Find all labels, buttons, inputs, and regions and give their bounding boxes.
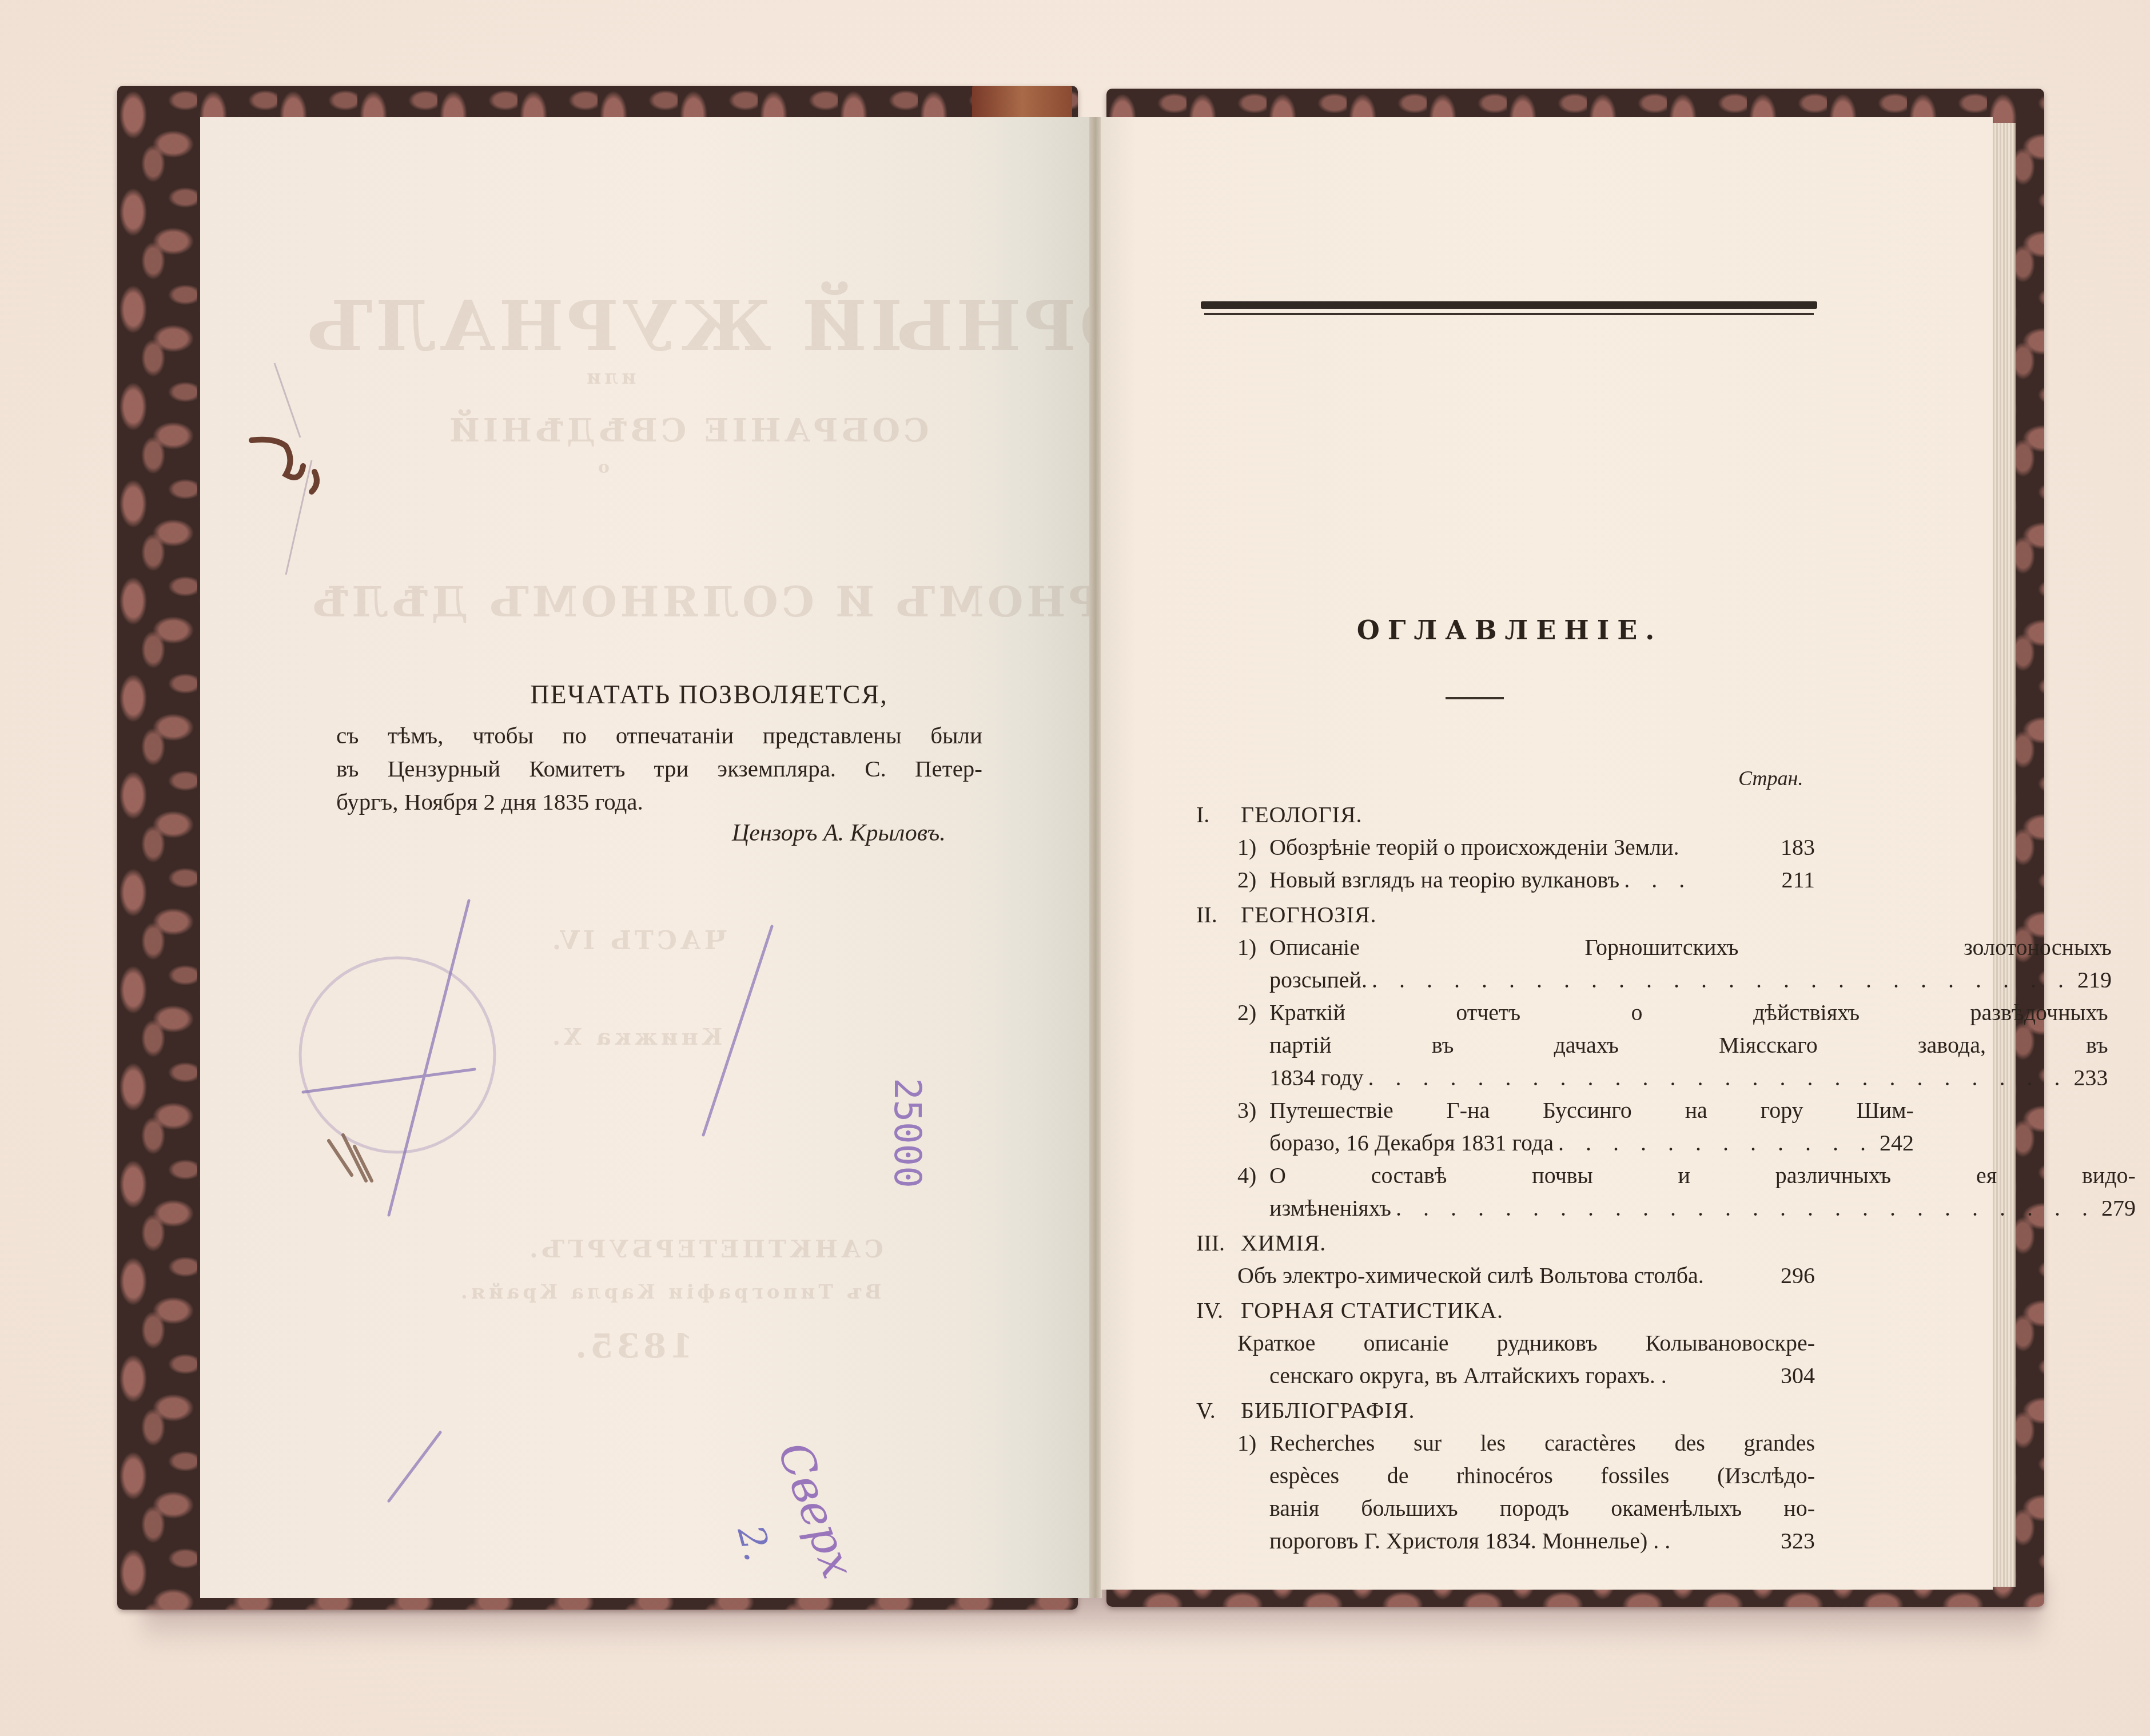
entry-text: 1834 году bbox=[1269, 1061, 1364, 1094]
entry-page: 219 bbox=[2076, 963, 2112, 996]
entry-page: 211 bbox=[1779, 863, 1815, 896]
entry-number: 2) bbox=[1237, 996, 1269, 1094]
entry-text: боразо, 16 Декабря 1831 года bbox=[1269, 1126, 1554, 1159]
entry-page: 296 bbox=[1779, 1259, 1815, 1292]
toc-section: I. ГЕОЛОГІЯ. bbox=[1196, 798, 1815, 831]
toc-entry[interactable]: 1) Описаніе Горношитскихъ золотоносныхъ … bbox=[1196, 931, 1815, 996]
entry-text: espèces de rhinocéros fossiles (Изслѣдо- bbox=[1269, 1459, 1815, 1492]
section-title: ГОРНАЯ СТАТИСТИКА. bbox=[1241, 1294, 1503, 1327]
entry-text: Описаніе Горношитскихъ золотоносныхъ bbox=[1269, 931, 2112, 963]
entry-text: ванія большихъ породъ окаменѣлыхъ но- bbox=[1269, 1492, 1815, 1524]
toc-entry[interactable]: 4) О составѣ почвы и различныхъ ея видо-… bbox=[1196, 1159, 1815, 1224]
book-spine-top bbox=[972, 86, 1072, 120]
entry-number: 1) bbox=[1237, 831, 1269, 863]
entry-text: Объ электро-химической силѣ Вольтова сто… bbox=[1237, 1259, 1704, 1292]
entry-text: Краткое описаніе рудниковъ Колывановоскр… bbox=[1237, 1327, 1815, 1359]
entry-text: партій въ дачахъ Міясскаго завода, въ bbox=[1269, 1029, 2108, 1061]
violet-handwritten-note: Сверх bbox=[767, 1436, 863, 1585]
toc-entry[interactable]: 2) Краткій отчетъ о дѣйствіяхъ развѣдочн… bbox=[1196, 996, 1815, 1094]
entry-number: 4) bbox=[1237, 1159, 1269, 1224]
svg-text:2.: 2. bbox=[728, 1520, 779, 1566]
section-title: ХИМІЯ. bbox=[1241, 1227, 1326, 1259]
toc-entry[interactable]: 1) Обозрѣніе теорій о происхожденіи Земл… bbox=[1196, 831, 1815, 863]
toc-heading-rule bbox=[1446, 697, 1504, 699]
entry-text: розсыпей. bbox=[1269, 963, 1367, 996]
header-rule-thin bbox=[1204, 313, 1814, 315]
section-number: III. bbox=[1196, 1227, 1241, 1259]
svg-text:Сверх: Сверх bbox=[767, 1436, 863, 1585]
library-stamp-circle bbox=[300, 958, 495, 1152]
entry-page: 242 bbox=[1878, 1126, 1914, 1159]
entry-number: 3) bbox=[1237, 1094, 1269, 1159]
blue-handwritten-mark: 2. bbox=[728, 1520, 779, 1566]
pages-column-label: Стран. bbox=[1738, 766, 1803, 790]
entry-text: Краткій отчетъ о дѣйствіяхъ развѣдочныхъ bbox=[1269, 996, 2108, 1029]
entry-page: 233 bbox=[2073, 1061, 2108, 1094]
entry-number: 2) bbox=[1237, 863, 1269, 896]
entry-page: 304 bbox=[1779, 1359, 1815, 1392]
entry-text: Обозрѣніе теорій о происхожденіи Земли. bbox=[1269, 831, 1679, 863]
entry-text: О составѣ почвы и различныхъ ея видо- bbox=[1269, 1159, 2136, 1192]
toc-section: II. ГЕОГНОЗІЯ. bbox=[1196, 898, 1815, 931]
toc-section: IV. ГОРНАЯ СТАТИСТИКА. bbox=[1196, 1294, 1815, 1327]
toc-entry[interactable]: Объ электро-химической силѣ Вольтова сто… bbox=[1196, 1259, 1815, 1292]
section-title: ГЕОГНОЗІЯ. bbox=[1241, 898, 1376, 931]
toc-heading: ОГЛАВЛЕНІЕ. bbox=[1178, 615, 1841, 646]
toc-section: III. ХИМІЯ. bbox=[1196, 1227, 1815, 1259]
entry-page: 323 bbox=[1779, 1524, 1815, 1557]
toc-entry[interactable]: Краткое описаніе рудниковъ Колывановоскр… bbox=[1196, 1327, 1815, 1392]
section-number: V. bbox=[1196, 1394, 1241, 1427]
section-number: I. bbox=[1196, 798, 1241, 831]
svg-text:25000: 25000 bbox=[886, 1078, 928, 1188]
toc-entry[interactable]: 3) Путешествіе Г-на Буссинго на гору Шим… bbox=[1196, 1094, 1815, 1159]
book-gutter bbox=[1089, 117, 1102, 1598]
toc-entry[interactable]: 2) Новый взглядъ на теорію вулкановъ. . … bbox=[1196, 863, 1815, 896]
entry-text: пороговъ Г. Христоля 1834. Моннелье) . . bbox=[1269, 1524, 1670, 1557]
entry-text: Путешествіе Г-на Буссинго на гору Шим- bbox=[1269, 1094, 1914, 1126]
entry-text: измѣненіяхъ bbox=[1269, 1192, 1391, 1224]
page-edges bbox=[1993, 123, 2016, 1587]
entry-text: Новый взглядъ на теорію вулкановъ bbox=[1269, 863, 1619, 896]
section-number: IV. bbox=[1196, 1294, 1241, 1327]
entry-text: сенскаго округа, въ Алтайскихъ горахъ. . bbox=[1269, 1359, 1667, 1392]
table-of-contents: I. ГЕОЛОГІЯ. 1) Обозрѣніе теорій о проис… bbox=[1196, 796, 1815, 1557]
handwritten-marks: 25000 Сверх 2. bbox=[200, 117, 1089, 1598]
section-number: II. bbox=[1196, 898, 1241, 931]
accession-number-stamp: 25000 bbox=[886, 1078, 928, 1188]
entry-number: 1) bbox=[1237, 1427, 1269, 1557]
entry-page: 183 bbox=[1779, 831, 1815, 863]
toc-entry[interactable]: 1) Recherches sur les caractères des gra… bbox=[1196, 1427, 1815, 1557]
entry-page: 279 bbox=[2100, 1192, 2136, 1224]
header-rule-thick bbox=[1201, 301, 1817, 309]
toc-section: V. БИБЛІОГРАФІЯ. bbox=[1196, 1394, 1815, 1427]
section-title: БИБЛІОГРАФІЯ. bbox=[1241, 1394, 1415, 1427]
section-title: ГЕОЛОГІЯ. bbox=[1241, 798, 1363, 831]
entry-number: 1) bbox=[1237, 931, 1269, 996]
entry-text: Recherches sur les caractères des grande… bbox=[1269, 1427, 1815, 1459]
